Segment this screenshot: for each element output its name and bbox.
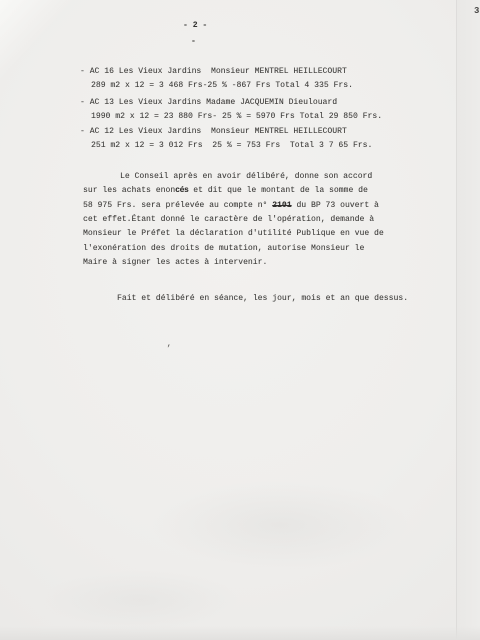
stray-ink-mark: ’ — [166, 344, 171, 354]
scanned-page: - 2 - - 3 - AC 16 Les Vieux Jardins Mons… — [0, 0, 480, 640]
paragraph-line-2-pre: sur les achats enon — [83, 186, 175, 195]
page-bottom-shadow — [0, 626, 480, 640]
page-number: - 2 - — [183, 21, 207, 31]
overstruck-text: cés — [175, 186, 188, 195]
entry-header-line: - AC 16 Les Vieux Jardins Monsieur MENTR… — [80, 67, 347, 77]
entry-amount-line: 251 m2 x 12 = 3 012 Frs 25 % = 753 Frs T… — [91, 141, 372, 151]
entry-header-line: - AC 13 Les Vieux Jardins Madame JACQUEM… — [80, 98, 337, 108]
paragraph-line-2: sur les achats enoncés et dit que le mon… — [83, 186, 368, 196]
scan-smudge — [150, 480, 410, 570]
entry-header-line: - AC 12 Les Vieux Jardins Monsieur MENTR… — [80, 127, 347, 137]
paragraph-line-4: cet effet.Étant donné le caractère de l'… — [83, 215, 374, 225]
page-right-margin — [457, 0, 480, 640]
paragraph-line-6: l'exonération des droits de mutation, au… — [83, 244, 364, 254]
paragraph-line-5: Monsieur le Préfet la déclaration d'util… — [83, 229, 384, 239]
paragraph-line-3-pre: 58 975 Frs. sera prélevée au compte n° — [83, 201, 272, 210]
corner-page-fragment: 3 — [474, 7, 479, 16]
paragraph-line-3-post: du BP 73 ouvert à — [292, 201, 379, 210]
entry-amount-line: 1990 m2 x 12 = 23 880 Frs- 25 % = 5970 F… — [91, 112, 382, 122]
page-right-edge — [456, 0, 457, 640]
paragraph-line-2-post: et dit que le montant de la somme de — [188, 186, 367, 195]
paragraph-line-7: Maire à signer les actes à intervenir. — [83, 258, 267, 268]
closing-line: Fait et délibéré en séance, les jour, mo… — [117, 294, 408, 304]
paragraph-line-3: 58 975 Frs. sera prélevée au compte n° 2… — [83, 201, 379, 211]
page-number-dash: - — [191, 37, 196, 47]
entry-amount-line: 289 m2 x 12 = 3 468 Frs-25 % -867 Frs To… — [91, 81, 353, 91]
scan-smudge — [40, 570, 240, 630]
struck-account-number: 2101 — [272, 201, 291, 210]
paragraph-line-1: Le Conseil après en avoir délibéré, donn… — [120, 172, 372, 182]
